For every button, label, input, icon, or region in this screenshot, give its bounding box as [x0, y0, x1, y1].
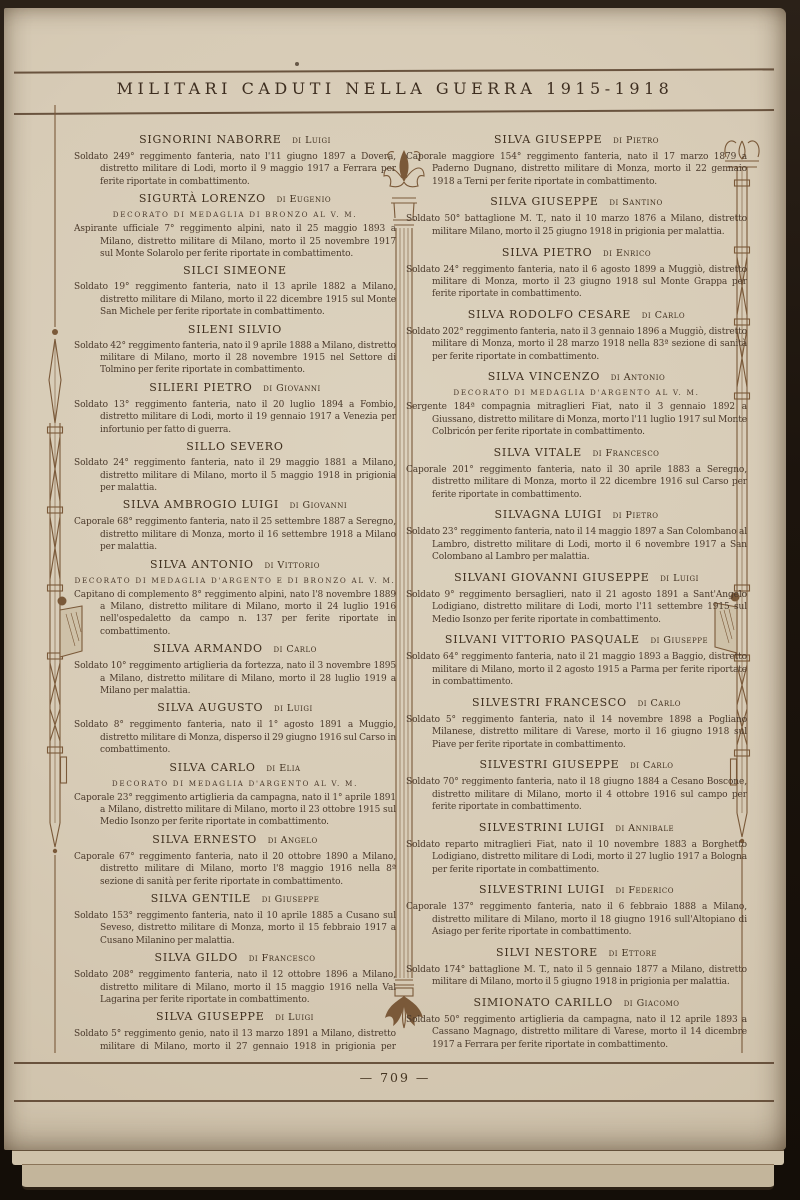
casualty-entry: SILVA GILDO di Francesco Soldato 208° re…: [74, 947, 396, 1006]
casualty-name: SILENI SILVIO: [188, 323, 282, 336]
casualty-entry: SILVA GIUSEPPE di Santino Soldato 50° ba…: [406, 191, 747, 238]
casualty-patronymic: di Carlo: [642, 310, 685, 321]
casualty-patronymic: di Santino: [609, 197, 662, 208]
casualty-patronymic: di Luigi: [660, 573, 699, 584]
casualty-name-heading: SILCI SIMEONE: [74, 260, 396, 277]
casualty-name: SIGNORINI NABORRE: [139, 133, 281, 146]
casualty-name: SILVANI VITTORIO PASQUALE: [445, 633, 640, 646]
casualty-name-heading: SILLO SEVERO: [74, 436, 396, 453]
casualty-entry: SILVESTRI GIUSEPPE di Carlo Soldato 70° …: [406, 754, 747, 813]
casualty-entry: SILIERI PIETRO di Giovanni Soldato 13° r…: [74, 377, 396, 436]
casualty-patronymic: di Giuseppe: [262, 894, 320, 905]
casualty-name: SILVESTRI FRANCESCO: [472, 696, 627, 709]
casualty-name: SIGURTÀ LORENZO: [139, 192, 266, 205]
casualty-name: SILVA CARLO: [169, 761, 255, 774]
casualty-record-text: Soldato 9° reggimento bersaglieri, nato …: [406, 589, 747, 626]
casualty-record-text: Caporale maggiore 154° reggimento fanter…: [406, 151, 747, 188]
casualty-entry: SILVA VINCENZO di Antonio DECORATO DI ME…: [406, 366, 747, 438]
casualty-name: SILVA GENTILE: [151, 892, 251, 905]
casualty-record-text: Soldato 50° battaglione M. T., nato il 1…: [406, 213, 747, 238]
casualty-name: SILVA GIUSEPPE: [490, 195, 599, 208]
casualty-patronymic: di Giovanni: [263, 383, 321, 394]
casualty-record-text: Soldato 42° reggimento fanteria, nato il…: [74, 340, 396, 377]
left-column: SIGNORINI NABORRE di Luigi Soldato 249° …: [74, 129, 396, 1051]
casualty-record-text: Soldato 64° reggimento fanteria, nato il…: [406, 651, 747, 688]
casualty-name-heading: SILENI SILVIO: [74, 319, 396, 336]
casualty-name: SILVA ERNESTO: [152, 833, 257, 846]
casualty-name-heading: SILVA CARLO di Elia: [74, 757, 396, 775]
casualty-patronymic: di Francesco: [593, 448, 660, 459]
medal-citation: DECORATO DI MEDAGLIA DI BRONZO AL V. M.: [74, 210, 396, 219]
casualty-patronymic: di Pietro: [613, 135, 659, 146]
casualty-record-text: Caporale 23° reggimento artiglieria da c…: [74, 792, 396, 829]
casualty-entry: SILVA VITALE di Francesco Caporale 201° …: [406, 442, 747, 501]
medal-citation: DECORATO DI MEDAGLIA D'ARGENTO AL V. M.: [406, 388, 747, 397]
book-page: MILITARI CADUTI NELLA GUERRA 1915-1918: [4, 8, 786, 1150]
casualty-entry: SILENI SILVIO Soldato 42° reggimento fan…: [74, 319, 396, 377]
casualty-name-heading: SIGNORINI NABORRE di Luigi: [74, 129, 396, 147]
casualty-name: SILVESTRINI LUIGI: [479, 883, 605, 896]
casualty-record-text: Soldato 174° battaglione M. T., nato il …: [406, 964, 747, 989]
casualty-record-text: Aspirante ufficiale 7° reggimento alpini…: [74, 223, 396, 260]
casualty-patronymic: di Ettore: [609, 948, 657, 959]
casualty-name: SILVA VITALE: [494, 446, 582, 459]
casualty-name-heading: SIGURTÀ LORENZO di Eugenio: [74, 188, 396, 206]
page-title: MILITARI CADUTI NELLA GUERRA 1915-1918: [4, 79, 786, 98]
casualty-patronymic: di Enrico: [603, 248, 651, 259]
casualty-entry: SIMIONATO CARILLO di Giacomo Soldato 50°…: [406, 992, 747, 1051]
casualty-record-text: Soldato 70° reggimento fanteria, nato il…: [406, 776, 747, 813]
casualty-name-heading: SILVA VITALE di Francesco: [406, 442, 747, 460]
casualty-entry: SILVESTRINI LUIGI di Annibale Soldato re…: [406, 817, 747, 876]
casualty-record-text: Soldato 50° reggimento artiglieria da ca…: [406, 1014, 747, 1051]
casualty-record-text: Soldato 208° reggimento fanteria, nato i…: [74, 969, 396, 1006]
casualty-record-text: Soldato 10° reggimento artiglieria da fo…: [74, 660, 396, 697]
casualty-record-text: Soldato 249° reggimento fanteria, nato l…: [74, 151, 396, 188]
casualty-name-heading: SILVA GILDO di Francesco: [74, 947, 396, 965]
casualty-name-heading: SILVA AMBROGIO LUIGI di Giovanni: [74, 494, 396, 512]
casualty-name: SILVAGNA LUIGI: [494, 508, 602, 521]
casualty-entry: SILVA GIUSEPPE di Pietro Caporale maggio…: [406, 129, 747, 188]
casualty-record-text: Caporale 137° reggimento fanteria, nato …: [406, 901, 747, 938]
casualty-name: SILVA RODOLFO CESARE: [468, 308, 631, 321]
casualty-patronymic: di Annibale: [615, 823, 674, 834]
casualty-name-heading: SILVAGNA LUIGI di Pietro: [406, 504, 747, 522]
casualty-name: SILVA PIETRO: [502, 246, 593, 259]
top-rule: [14, 68, 774, 73]
casualty-record-text: Soldato 19° reggimento fanteria, nato il…: [74, 281, 396, 318]
casualty-name-heading: SILVESTRI FRANCESCO di Carlo: [406, 692, 747, 710]
casualty-name: SILVA VINCENZO: [488, 370, 600, 383]
casualty-patronymic: di Giovanni: [290, 500, 348, 511]
casualty-name: SILLO SEVERO: [186, 440, 283, 453]
casualty-name: SILVESTRI GIUSEPPE: [479, 758, 619, 771]
casualty-entry: SILVA AMBROGIO LUIGI di Giovanni Caporal…: [74, 494, 396, 553]
casualty-entry: SIGURTÀ LORENZO di Eugenio DECORATO DI M…: [74, 188, 396, 260]
footer-rule-lower: [14, 1100, 774, 1102]
casualty-name-heading: SILVA GIUSEPPE di Pietro: [406, 129, 747, 147]
casualty-record-text: Sergente 184ª compagnia mitraglieri Fiat…: [406, 401, 747, 438]
casualty-name-heading: SILVANI GIOVANNI GIUSEPPE di Luigi: [406, 567, 747, 585]
page-number: — 709 —: [4, 1070, 786, 1085]
casualty-entry: SILVI NESTORE di Ettore Soldato 174° bat…: [406, 942, 747, 989]
casualty-name-heading: SILVA GIUSEPPE di Santino: [406, 191, 747, 209]
casualty-entry: SILVA AUGUSTO di Luigi Soldato 8° reggim…: [74, 697, 396, 756]
casualty-entry: SILVANI GIOVANNI GIUSEPPE di Luigi Solda…: [406, 567, 747, 626]
casualty-record-text: Soldato 13° reggimento fanteria, nato il…: [74, 399, 396, 436]
casualty-record-text: Capitano di complemento 8° reggimento al…: [74, 589, 396, 639]
casualty-entry: SILVA ERNESTO di Angelo Caporale 67° reg…: [74, 829, 396, 888]
casualty-patronymic: di Luigi: [275, 1012, 314, 1023]
casualty-name: SILVA GIUSEPPE: [156, 1010, 265, 1023]
casualty-patronymic: di Luigi: [292, 135, 331, 146]
casualty-patronymic: di Giacomo: [624, 998, 680, 1009]
casualty-record-text: Soldato 24° reggimento fanteria, nato il…: [406, 264, 747, 301]
casualty-name-heading: SILVESTRINI LUIGI di Annibale: [406, 817, 747, 835]
casualty-patronymic: di Eugenio: [277, 194, 332, 205]
footer-rule-upper: [14, 1062, 774, 1064]
casualty-record-text: Caporale 67° reggimento fanteria, nato i…: [74, 851, 396, 888]
casualty-name: SILVA ANTONIO: [150, 558, 254, 571]
casualty-entry: SILCI SIMEONE Soldato 19° reggimento fan…: [74, 260, 396, 318]
casualty-name: SILVI NESTORE: [496, 946, 598, 959]
casualty-record-text: Soldato reparto mitraglieri Fiat, nato i…: [406, 839, 747, 876]
casualty-name: SILVA GILDO: [154, 951, 238, 964]
casualty-record-text: Caporale 68° reggimento fanteria, nato i…: [74, 516, 396, 553]
casualty-entry: SILVA CARLO di Elia DECORATO DI MEDAGLIA…: [74, 757, 396, 829]
casualty-patronymic: di Antonio: [611, 372, 665, 383]
casualty-name-heading: SILVA GENTILE di Giuseppe: [74, 888, 396, 906]
casualty-entry: SILVESTRINI LUIGI di Federico Caporale 1…: [406, 879, 747, 938]
casualty-entry: SILVAGNA LUIGI di Pietro Soldato 23° reg…: [406, 504, 747, 563]
casualty-entry: SILVA ARMANDO di Carlo Soldato 10° reggi…: [74, 638, 396, 697]
book-page-edge: [12, 1150, 784, 1165]
casualty-name-heading: SILVANI VITTORIO PASQUALE di Giuseppe: [406, 629, 747, 647]
casualty-name-heading: SILVA ERNESTO di Angelo: [74, 829, 396, 847]
casualty-patronymic: di Luigi: [274, 703, 313, 714]
casualty-patronymic: di Pietro: [613, 510, 659, 521]
book-page-stack-edge: [22, 1164, 774, 1190]
casualty-name: SIMIONATO CARILLO: [474, 996, 614, 1009]
casualty-record-text: Soldato 8° reggimento fanteria, nato il …: [74, 719, 396, 756]
casualty-record-text: Soldato 5° reggimento genio, nato il 13 …: [74, 1028, 396, 1051]
ink-speck: [295, 62, 299, 66]
casualty-patronymic: di Carlo: [638, 698, 681, 709]
casualty-entry: SILVA PIETRO di Enrico Soldato 24° reggi…: [406, 242, 747, 301]
casualty-name-heading: SILVA AUGUSTO di Luigi: [74, 697, 396, 715]
casualty-record-text: Soldato 24° reggimento fanteria, nato il…: [74, 457, 396, 494]
casualty-patronymic: di Federico: [616, 885, 674, 896]
casualty-name: SILIERI PIETRO: [149, 381, 252, 394]
casualty-name-heading: SILVESTRI GIUSEPPE di Carlo: [406, 754, 747, 772]
casualty-patronymic: di Angelo: [268, 835, 318, 846]
casualty-name-heading: SILVA VINCENZO di Antonio: [406, 366, 747, 384]
casualty-name-heading: SILVESTRINI LUIGI di Federico: [406, 879, 747, 897]
casualty-name-heading: SILVA PIETRO di Enrico: [406, 242, 747, 260]
casualty-name-heading: SIMIONATO CARILLO di Giacomo: [406, 992, 747, 1010]
casualty-patronymic: di Carlo: [630, 760, 673, 771]
medal-citation: DECORATO DI MEDAGLIA D'ARGENTO AL V. M.: [74, 779, 396, 788]
right-column: SILVA GIUSEPPE di Pietro Caporale maggio…: [406, 129, 747, 1051]
casualty-record-text: Soldato 23° reggimento fanteria, nato il…: [406, 526, 747, 563]
title-underline-rule: [14, 109, 774, 115]
casualty-entry: SIGNORINI NABORRE di Luigi Soldato 249° …: [74, 129, 396, 188]
casualty-patronymic: di Vittorio: [264, 560, 320, 571]
casualty-name-heading: SILIERI PIETRO di Giovanni: [74, 377, 396, 395]
casualty-entry: SILVA GENTILE di Giuseppe Soldato 153° r…: [74, 888, 396, 947]
casualty-name: SILVA GIUSEPPE: [494, 133, 603, 146]
casualty-name-heading: SILVA RODOLFO CESARE di Carlo: [406, 304, 747, 322]
casualty-patronymic: di Carlo: [274, 644, 317, 655]
medal-citation: DECORATO DI MEDAGLIA D'ARGENTO E DI BRON…: [74, 576, 396, 585]
casualty-name: SILVANI GIOVANNI GIUSEPPE: [454, 571, 649, 584]
casualty-name-heading: SILVA ANTONIO di Vittorio: [74, 554, 396, 572]
casualty-name-heading: SILVA GIUSEPPE di Luigi: [74, 1006, 396, 1024]
casualty-entry: SILVA RODOLFO CESARE di Carlo Soldato 20…: [406, 304, 747, 363]
casualty-entry: SILVA ANTONIO di Vittorio DECORATO DI ME…: [74, 554, 396, 639]
casualty-entry: SILVA GIUSEPPE di Luigi Soldato 5° reggi…: [74, 1006, 396, 1051]
casualty-record-text: Soldato 5° reggimento fanteria, nato il …: [406, 714, 747, 751]
casualty-name: SILVA ARMANDO: [153, 642, 263, 655]
casualty-name-heading: SILVI NESTORE di Ettore: [406, 942, 747, 960]
casualty-patronymic: di Francesco: [249, 953, 316, 964]
casualty-record-text: Soldato 202° reggimento fanteria, nato i…: [406, 326, 747, 363]
casualty-name-heading: SILVA ARMANDO di Carlo: [74, 638, 396, 656]
casualty-name: SILVA AUGUSTO: [157, 701, 263, 714]
casualty-name: SILCI SIMEONE: [183, 264, 287, 277]
casualty-entry: SILLO SEVERO Soldato 24° reggimento fant…: [74, 436, 396, 494]
casualty-name: SILVA AMBROGIO LUIGI: [123, 498, 279, 511]
casualty-patronymic: di Elia: [266, 763, 300, 774]
casualty-record-text: Soldato 153° reggimento fanteria, nato i…: [74, 910, 396, 947]
casualty-name: SILVESTRINI LUIGI: [479, 821, 605, 834]
casualty-entry: SILVESTRI FRANCESCO di Carlo Soldato 5° …: [406, 692, 747, 751]
casualty-entry: SILVANI VITTORIO PASQUALE di Giuseppe So…: [406, 629, 747, 688]
casualty-record-text: Caporale 201° reggimento fanteria, nato …: [406, 464, 747, 501]
casualty-patronymic: di Giuseppe: [650, 635, 708, 646]
